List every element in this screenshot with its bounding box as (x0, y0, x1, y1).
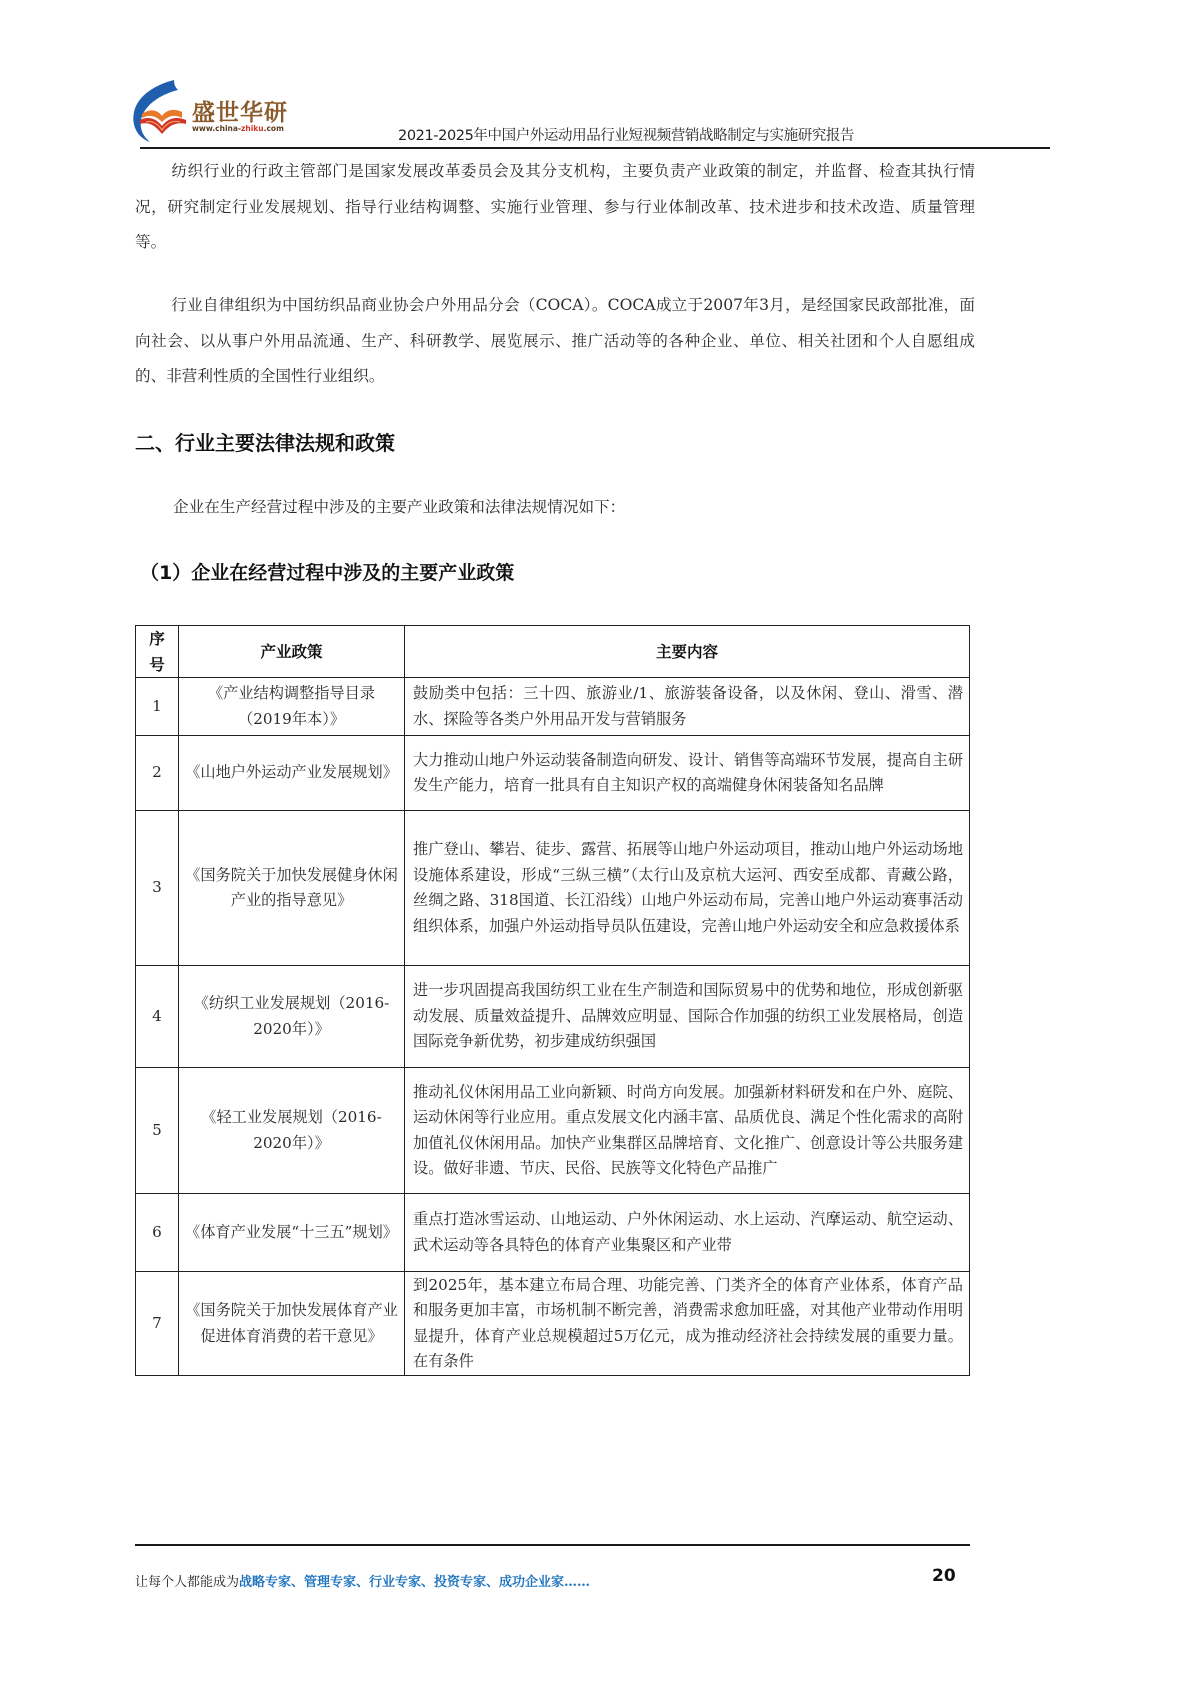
company-logo (128, 78, 192, 144)
table-row: 2 《山地户外运动产业发展规划》 大力推动山地户外运动装备制造向研发、设计、销售… (136, 736, 970, 811)
paragraph-self-regulatory-org: 行业自律组织为中国纺织品商业协会户外用品分会（COCA）。COCA成立于2007… (135, 288, 975, 395)
logo-icon (128, 78, 192, 144)
table-row: 7 《国务院关于加快发展体育产业促进体育消费的若干意见》 到2025年，基本建立… (136, 1272, 970, 1376)
row-number: 5 (136, 1068, 179, 1194)
brand-name: 盛世华研 (192, 94, 288, 127)
policy-content: 到2025年，基本建立布局合理、功能完善、门类齐全的体育产业体系，体育产品和服务… (405, 1272, 970, 1376)
policy-content: 鼓励类中包括：三十四、旅游业/1、旅游装备设备，以及休闲、登山、滑雪、潜水、探险… (405, 678, 970, 736)
table-row: 6 《体育产业发展“十三五”规划》 重点打造冰雪运动、山地运动、户外休闲运动、水… (136, 1194, 970, 1272)
document-title: 2021-2025年中国户外运动用品行业短视频营销战略制定与实施研究报告 (398, 124, 854, 145)
brand-url: www.china-zhiku.com (192, 124, 284, 133)
footer-divider (135, 1544, 970, 1546)
table-row: 1 《产业结构调整指导目录（2019年本）》 鼓励类中包括：三十四、旅游业/1、… (136, 678, 970, 736)
policy-name: 《体育产业发展“十三五”规划》 (179, 1194, 405, 1272)
header-no: 序号 (136, 626, 179, 678)
policy-name: 《轻工业发展规划（2016-2020年）》 (179, 1068, 405, 1194)
row-number: 1 (136, 678, 179, 736)
footer-slogan: 让每个人都能成为战略专家、管理专家、行业专家、投资专家、成功企业家…… (135, 1571, 590, 1590)
policy-content: 大力推动山地户外运动装备制造向研发、设计、销售等高端环节发展，提高自主研发生产能… (405, 736, 970, 811)
row-number: 4 (136, 966, 179, 1068)
policy-content: 推动礼仪休闲用品工业向新颖、时尚方向发展。加强新材料研发和在户外、庭院、运动休闲… (405, 1068, 970, 1194)
paragraph-admin-authority: 纺织行业的行政主管部门是国家发展改革委员会及其分支机构，主要负责产业政策的制定，… (135, 154, 975, 261)
table-row: 4 《纺织工业发展规划（2016-2020年）》 进一步巩固提高我国纺织工业在生… (136, 966, 970, 1068)
row-number: 2 (136, 736, 179, 811)
subsection-heading: （1）企业在经营过程中涉及的主要产业政策 (140, 558, 514, 585)
header-policy: 产业政策 (179, 626, 405, 678)
policy-content: 推广登山、攀岩、徒步、露营、拓展等山地户外运动项目，推动山地户外运动场地设施体系… (405, 811, 970, 966)
slogan-highlight: 战略专家、管理专家、行业专家、投资专家、成功企业家…… (239, 1575, 590, 1590)
policy-content: 进一步巩固提高我国纺织工业在生产制造和国际贸易中的优势和地位，形成创新驱动发展、… (405, 966, 970, 1068)
row-number: 7 (136, 1272, 179, 1376)
policy-name: 《国务院关于加快发展健身休闲产业的指导意见》 (179, 811, 405, 966)
industry-policy-table: 序号 产业政策 主要内容 1 《产业结构调整指导目录（2019年本）》 鼓励类中… (135, 625, 970, 1376)
header-content: 主要内容 (405, 626, 970, 678)
table-row: 5 《轻工业发展规划（2016-2020年）》 推动礼仪休闲用品工业向新颖、时尚… (136, 1068, 970, 1194)
policy-name: 《产业结构调整指导目录（2019年本）》 (179, 678, 405, 736)
section-heading: 二、行业主要法律法规和政策 (135, 427, 395, 456)
page-number: 20 (932, 1566, 956, 1586)
row-number: 3 (136, 811, 179, 966)
table-row: 3 《国务院关于加快发展健身休闲产业的指导意见》 推广登山、攀岩、徒步、露营、拓… (136, 811, 970, 966)
policy-name: 《山地户外运动产业发展规划》 (179, 736, 405, 811)
header-divider (140, 147, 1050, 149)
table-header-row: 序号 产业政策 主要内容 (136, 626, 970, 678)
lead-text: 企业在生产经营过程中涉及的主要产业政策和法律法规情况如下： (173, 495, 625, 517)
policy-content: 重点打造冰雪运动、山地运动、户外休闲运动、水上运动、汽摩运动、航空运动、武术运动… (405, 1194, 970, 1272)
policy-name: 《纺织工业发展规划（2016-2020年）》 (179, 966, 405, 1068)
policy-name: 《国务院关于加快发展体育产业促进体育消费的若干意见》 (179, 1272, 405, 1376)
row-number: 6 (136, 1194, 179, 1272)
